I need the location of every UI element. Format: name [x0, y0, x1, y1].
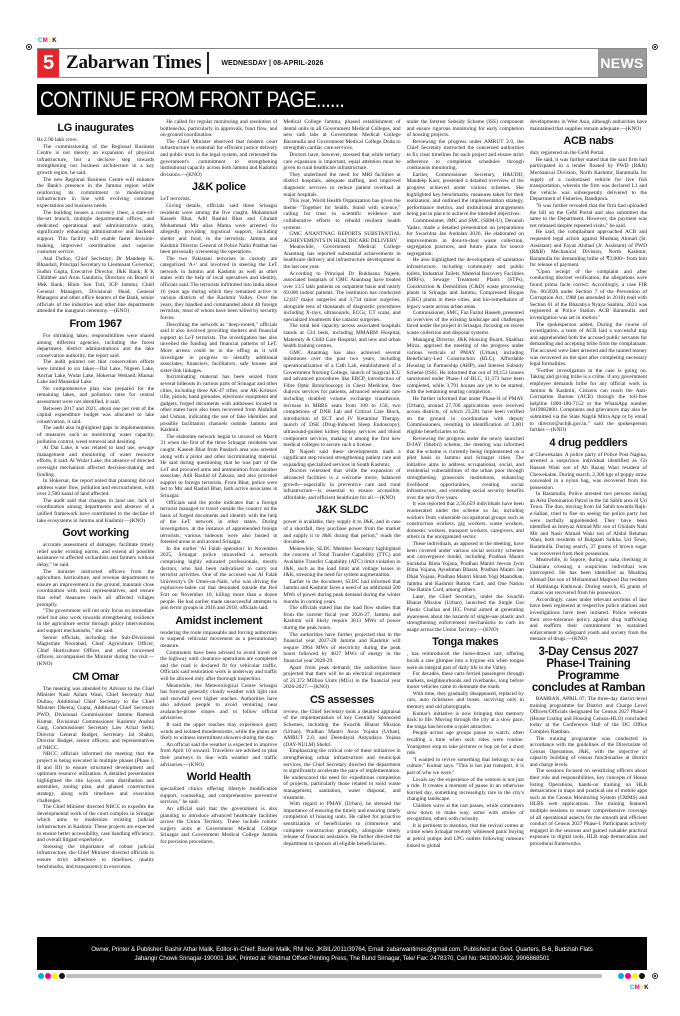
paper-name: Zabarwan Times — [59, 52, 209, 74]
article-paragraph: "It was further revealed that the firm h… — [530, 203, 647, 229]
article-paragraph: He further informed that under Phase-II … — [407, 396, 524, 436]
registration-mark-icon — [652, 973, 658, 979]
article-paragraph: Meanwhile, the Meteorological Centre Sri… — [160, 683, 277, 723]
article-paragraph: The Chief Minister observed that modern … — [160, 139, 277, 179]
article-paragraph: Senior officials, including the Sub-Divi… — [37, 635, 154, 668]
color-bar-left — [38, 973, 65, 979]
article-paragraph: He called for regular monitoring and res… — [160, 119, 277, 139]
article-paragraph: "The government will not only focus on i… — [37, 608, 154, 634]
cmyk-k: K — [644, 985, 649, 991]
color-bar-right — [618, 973, 645, 979]
article-headline: J&K SLDC — [283, 504, 400, 517]
article-paragraph: For shrinking lakes, responsibilities we… — [37, 333, 154, 359]
cmyk-label-bottom: CMYK — [630, 985, 649, 991]
cyan-dot — [38, 973, 44, 979]
article-headline: Tonga makes — [407, 636, 524, 649]
article-paragraph: Children wave at the cart passes, while … — [407, 803, 524, 823]
article-paragraph: Commissioner, SMC, Faz Fazlul Haseeb, pr… — [407, 310, 524, 336]
article-columns: LG inauguratesRs 2.90 lakh crore.The com… — [37, 119, 647, 931]
article-paragraph: Giving details, officials said three Sri… — [160, 203, 277, 256]
article-paragraph: developments in West Asia, although auth… — [530, 119, 647, 132]
article-paragraph: Incriminating material has been seized f… — [160, 374, 277, 433]
magenta-dot — [45, 973, 51, 979]
article-paragraph: The authorities have further projected t… — [283, 632, 400, 665]
article-headline: J&K police — [160, 181, 277, 194]
article-paragraph: GMC Anantnag has also achieved several m… — [283, 350, 400, 449]
article-paragraph: Medical College Jammu, phased establishm… — [283, 119, 400, 152]
article-paragraph: With time, they gradually disappeared, r… — [407, 691, 524, 711]
article-headline: World Health — [160, 771, 277, 784]
cmyk-k: K — [52, 38, 57, 44]
article-paragraph: In Baramulla, Police arrested two person… — [530, 491, 647, 557]
article-paragraph: Officials said the probe indicates that … — [160, 500, 277, 546]
article-paragraph: The sessions focused on sensitizing offi… — [530, 768, 647, 847]
article-paragraph: It was reported that 2,56,659 individual… — [407, 501, 524, 541]
article-paragraph: No comprehensive plan was prepared for t… — [37, 386, 154, 406]
section-tag: NEWS — [598, 49, 646, 77]
article-paragraph: Emphasizing the critical role of these i… — [283, 748, 400, 801]
article-paragraph: With regard to PMAY (Urban), he stressed… — [283, 801, 400, 847]
article-paragraph: Apart from peak demand, the authorities … — [283, 665, 400, 691]
article-paragraph: The meeting was attended by Advisor to t… — [37, 686, 154, 752]
article-paragraph: Accordingly, cases under relevant sectio… — [530, 597, 647, 643]
article-paragraph: At Dal Lake, it was related to land use,… — [37, 445, 154, 478]
article-headline: ACB nabs — [530, 135, 647, 148]
article-paragraph: Atal Dulloo, Chief Secretary; Dr Mandeep… — [37, 256, 154, 315]
article-headline: CM Omar — [37, 671, 154, 684]
article-paragraph: An official said the weather is expected… — [160, 742, 277, 768]
article-paragraph: He said, it was further stated that the … — [530, 157, 647, 203]
article-paragraph: The total bed capacity across associated… — [283, 323, 400, 349]
article-headline: Amidst inclement — [160, 615, 277, 628]
date-line: WEDNESDAY | 08-APRIL-2026 — [209, 49, 598, 77]
article-paragraph: review, the Chief Secretary took a detai… — [283, 709, 400, 749]
article-paragraph: Doctors reiterated that while the expans… — [283, 468, 400, 501]
article-paragraph: accurate assessment of damages, facilita… — [37, 542, 154, 568]
article-paragraph: Doctors have, however, stressed that whi… — [283, 152, 400, 172]
article-paragraph: The audit said that changes in land use,… — [37, 498, 154, 524]
article-headline: 4 drug peddlers — [530, 437, 647, 450]
article-paragraph: The two Pakistani terrorists in custody … — [160, 256, 277, 322]
gray-strip — [66, 974, 602, 978]
article-paragraph: An official said that the government is … — [160, 806, 277, 846]
article-paragraph: In the earlier 'Al Falah operation' in N… — [160, 546, 277, 612]
cmyk-label-top: CMYK — [38, 38, 57, 44]
registration-mark-icon — [26, 44, 32, 50]
article-paragraph: Kumar's initiative is now bringing that … — [407, 711, 524, 731]
article-paragraph: Meanwhile, Government Medical College An… — [283, 244, 400, 270]
article-paragraph: It said the upper reaches may experience… — [160, 722, 277, 742]
article-paragraph: The commissioning of the Regional Busine… — [37, 144, 154, 177]
black-dot — [59, 973, 65, 979]
page-banner: CONTINUE FROM FRONT PAGE...... — [37, 84, 647, 115]
article-paragraph: The elaborate network began to unravel o… — [160, 434, 277, 500]
article-paragraph: In Hokersar, the report noted that plann… — [37, 478, 154, 498]
article-paragraph: Dr Najeeb said these developments mark a… — [283, 449, 400, 469]
article-paragraph: Describing the network as "deep-rooted,"… — [160, 322, 277, 375]
article-paragraph: According to Principal Dr Rukhsana Najee… — [283, 271, 400, 324]
banner-title: CONTINUE FROM FRONT PAGE...... — [40, 87, 344, 113]
article-paragraph: The audit pointed out that conservation … — [37, 359, 154, 385]
registration-mark-icon — [652, 44, 658, 50]
article-paragraph: People across age groups pause to watch,… — [407, 730, 524, 756]
article-paragraph: "Further investigation in the case is go… — [530, 368, 647, 434]
magenta-dot — [625, 973, 631, 979]
article-paragraph: Managing Director, J&K Housing Board, Sh… — [407, 337, 524, 396]
imprint-line-1: Owner, Printer & Publisher: Bashir Athar… — [91, 945, 592, 954]
article-paragraph: The officials stated that the load flow … — [283, 605, 400, 631]
article-paragraph: specialized clinics offering lifestyle m… — [160, 786, 277, 806]
cyan-dot — [618, 973, 624, 979]
article-paragraph: The audit also highlighted gaps in imple… — [37, 425, 154, 445]
article-paragraph: The new Regional Business Centre will en… — [37, 177, 154, 210]
yellow-dot — [632, 973, 638, 979]
column-2: He called for regular monitoring and res… — [160, 119, 277, 931]
article-paragraph: RAMBAN, APRIL 07: The three-day district… — [530, 696, 647, 736]
masthead: 5 Zabarwan Times WEDNESDAY | 08-APRIL-20… — [37, 48, 647, 78]
article-paragraph: He also highlighted the development of s… — [407, 257, 524, 310]
imprint-line-2: Jahangir Chowk Srinagar-190001 J&K, Prin… — [134, 954, 549, 963]
article-paragraph: duly registered on the GeM Portal. — [530, 150, 647, 157]
article-paragraph: The building houses a currency chest, a … — [37, 210, 154, 256]
article-headline: 3-Day Census 2027 Phase-I Training Progr… — [530, 646, 647, 694]
yellow-dot — [52, 973, 58, 979]
article-paragraph: They underlined the need for MRI facilit… — [283, 172, 400, 198]
article-headline: From 1967 — [37, 318, 154, 331]
article-paragraph: The training programme was conducted in … — [530, 736, 647, 769]
article-paragraph: The minister instructed officers from th… — [37, 569, 154, 609]
article-paragraph: Locals say the experience of the venture… — [407, 777, 524, 803]
column-4: under the Interest Subsidy Scheme (ISS) … — [407, 119, 524, 931]
article-paragraph: Later, the Chief Secretary, under the Sw… — [407, 594, 524, 634]
column-1: LG inauguratesRs 2.90 lakh crore.The com… — [37, 119, 154, 931]
article-paragraph: Meanwhile, in Sopore, during a naka chec… — [530, 557, 647, 597]
article-paragraph: rendering the route impassable and forci… — [160, 630, 277, 650]
article-paragraph: Meanwhile, SLDC Member Secretary highlig… — [283, 546, 400, 579]
article-paragraph: , has reintroduced the horse-drawn cart,… — [407, 651, 524, 671]
article-paragraph: Reviewing the progress under AMRUT 2.0, … — [407, 139, 524, 172]
page-number: 5 — [38, 49, 59, 77]
imprint-footer: Owner, Printer & Publisher: Bashir Athar… — [37, 937, 647, 970]
article-paragraph: GMC ANANTNAG REPORTS SUBSTANTIAL ACHIEVE… — [283, 231, 400, 244]
article-paragraph: "I wanted to revive something that belon… — [407, 757, 524, 777]
article-paragraph: under the Interest Subsidy Scheme (ISS) … — [407, 119, 524, 139]
article-paragraph: Reviewing the progress under the newly l… — [407, 436, 524, 502]
article-paragraph: This year, World Health Organization has… — [283, 198, 400, 231]
article-paragraph: Between 2017 and 2021, about one per cen… — [37, 406, 154, 426]
column-3: Medical College Jammu, phased establishm… — [283, 119, 400, 931]
article-headline: LG inaugurates — [37, 122, 154, 135]
article-paragraph: These individuals, as apposed in the mee… — [407, 541, 524, 594]
article-paragraph: Rs 2.90 lakh crore. — [37, 137, 154, 144]
article-paragraph: power is available, they supply it to J&… — [283, 519, 400, 545]
article-paragraph: NBCC officials informed the meeting that… — [37, 751, 154, 804]
article-paragraph: at Chewekalan. A police party of Police … — [530, 452, 647, 492]
article-paragraph: Earlier in the document, SLDC had inform… — [283, 579, 400, 605]
article-paragraph: He said, the complainant approached ACB … — [530, 229, 647, 269]
black-dot — [639, 973, 645, 979]
article-paragraph: Commuters have been advised to avoid tra… — [160, 650, 277, 683]
article-paragraph: It is pertinent to mention, that the rev… — [407, 823, 524, 849]
article-paragraph: "Upon receipt of the complaint and after… — [530, 269, 647, 322]
article-headline: Govt working — [37, 527, 154, 540]
article-paragraph: Earlier, Commissioner Secretary, H&UDD, … — [407, 172, 524, 218]
article-paragraph: Stressing the importance of robust judic… — [37, 844, 154, 870]
article-paragraph: For decades, these carts ferried passeng… — [407, 671, 524, 691]
article-paragraph: LeT terrorists. — [160, 196, 277, 203]
article-paragraph: Commissioner, JMC and SMC (SBM-U), Devan… — [407, 218, 524, 258]
article-paragraph: The spokesperson added, During the cours… — [530, 322, 647, 368]
column-5: developments in West Asia, although auth… — [530, 119, 647, 931]
article-headline: CS assesses — [283, 694, 400, 707]
article-paragraph: The Chief Minister directed NBCC to expe… — [37, 804, 154, 844]
